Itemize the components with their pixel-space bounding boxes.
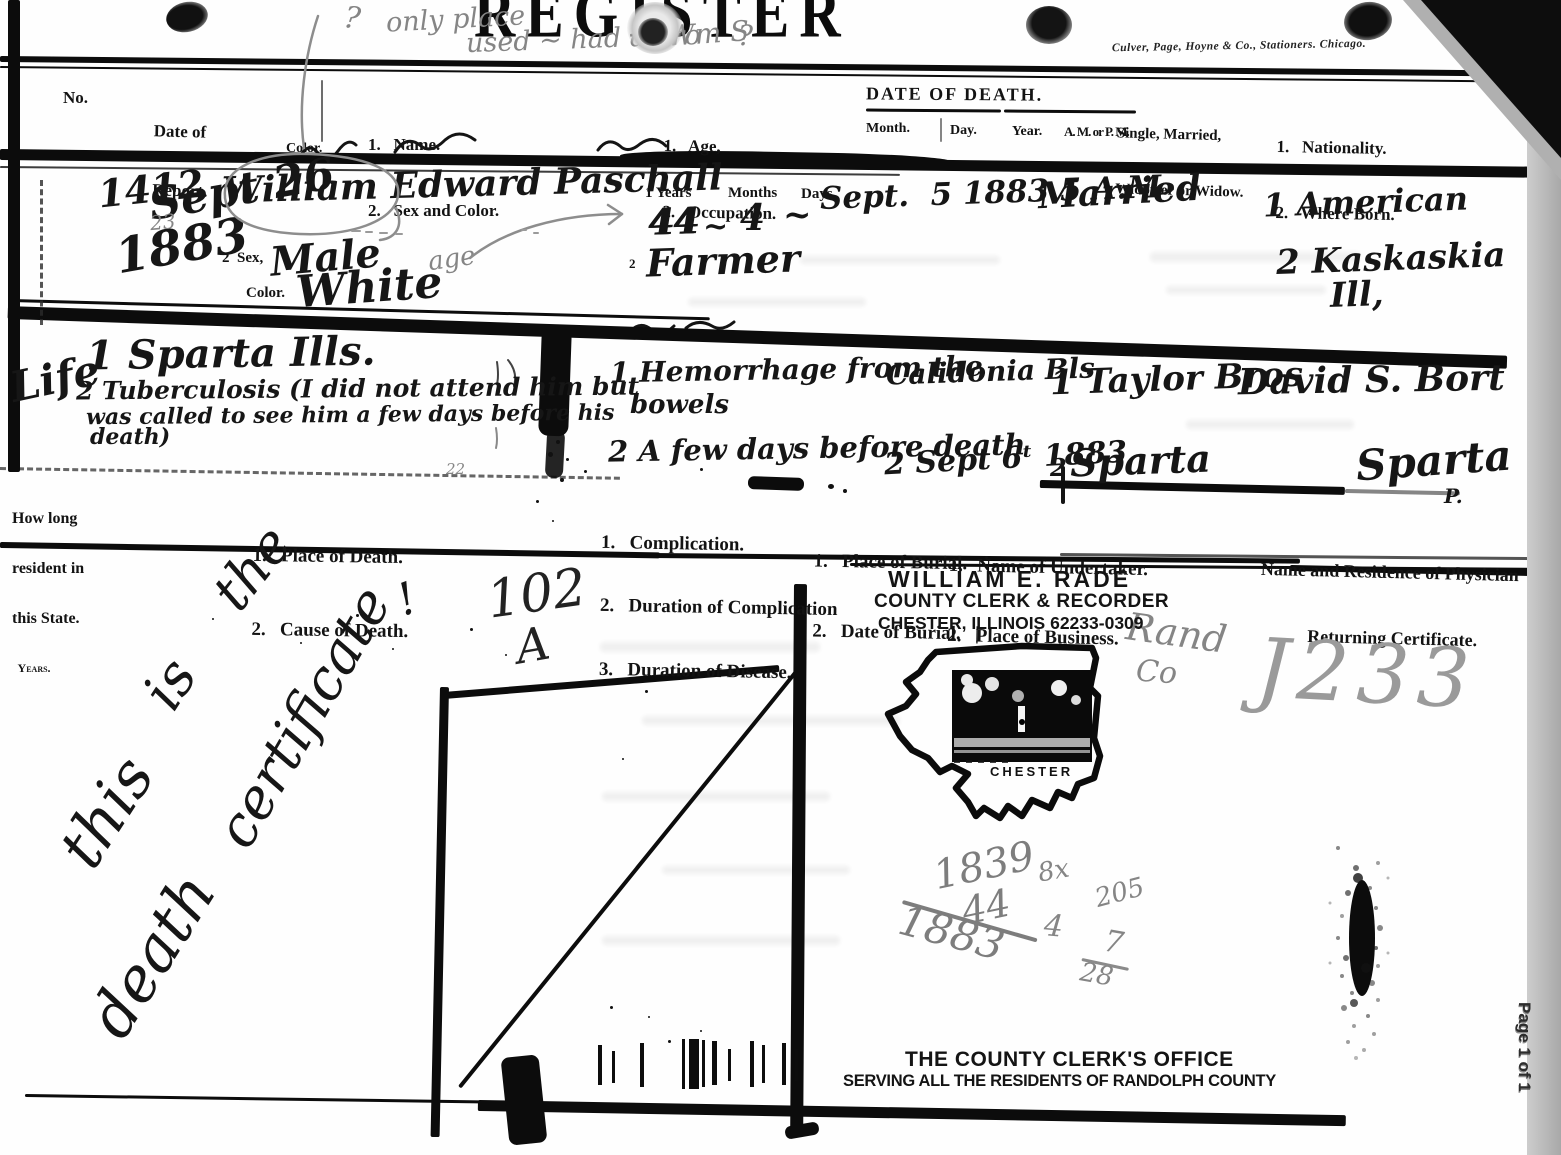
stamp-footer-line2: SERVING ALL THE RESIDENTS OF RANDOLPH CO… bbox=[843, 1072, 1276, 1091]
map-chester-label: CHESTER bbox=[990, 764, 1073, 779]
speck bbox=[300, 642, 302, 644]
speck bbox=[828, 484, 834, 489]
speck bbox=[700, 1030, 702, 1032]
punch-hole-faint-center bbox=[638, 18, 668, 46]
speck bbox=[645, 690, 648, 693]
speck bbox=[622, 758, 624, 760]
speck bbox=[392, 648, 394, 650]
speck bbox=[700, 468, 703, 471]
stamp-clerk-name: WILLIAM E. RADE bbox=[888, 566, 1131, 593]
speck bbox=[505, 654, 507, 656]
speck bbox=[470, 628, 473, 631]
stamp-clerk-title: COUNTY CLERK & RECORDER bbox=[874, 591, 1169, 613]
speck bbox=[566, 458, 569, 461]
speck bbox=[648, 1016, 650, 1018]
stamp-footer-line1: THE COUNTY CLERK'S OFFICE bbox=[905, 1048, 1234, 1072]
speck bbox=[584, 470, 587, 473]
speck bbox=[1145, 598, 1147, 600]
speck bbox=[843, 489, 847, 493]
speck bbox=[212, 618, 214, 620]
punch-hole bbox=[1026, 6, 1072, 44]
speck bbox=[668, 1040, 671, 1043]
speck bbox=[536, 500, 539, 503]
pencil-swoop-line bbox=[302, 16, 318, 148]
speck bbox=[985, 556, 988, 559]
map-courthouse-photo bbox=[952, 670, 1092, 763]
scanned-death-register-page: REGISTER Culver, Page, Hoyne & Co., Stat… bbox=[0, 0, 1561, 1155]
county-map: CHESTER bbox=[872, 638, 1122, 848]
speck bbox=[548, 452, 553, 457]
speck bbox=[552, 520, 554, 522]
speck bbox=[356, 614, 359, 617]
pencil-age-arrow bbox=[470, 214, 622, 258]
pencil-name-circle bbox=[225, 154, 398, 234]
stamp-clerk-address: CHESTER, ILLINOIS 62233-0309 bbox=[878, 613, 1144, 634]
speck bbox=[560, 478, 564, 482]
ink-speckle-blob bbox=[1318, 808, 1408, 1078]
page-number-label: Page 1 of 1 bbox=[1514, 1002, 1534, 1092]
tally-marks bbox=[590, 1035, 810, 1100]
speck bbox=[556, 440, 560, 444]
speck bbox=[610, 1006, 613, 1009]
